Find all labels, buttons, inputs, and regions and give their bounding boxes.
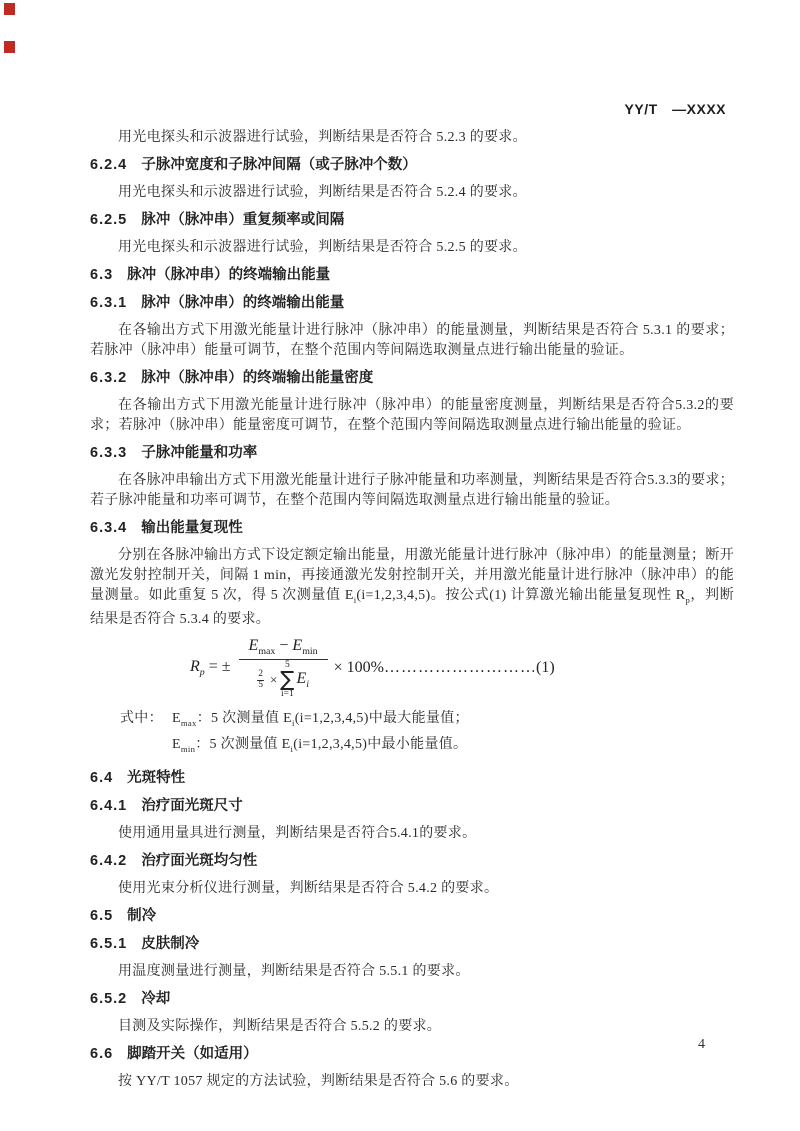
heading-6-4-2: 6.4.2治疗面光斑均匀性 xyxy=(90,851,734,871)
heading-number: 6.3.4 xyxy=(90,520,127,536)
definition-emin: Emin：5 次测量值 Ei(i=1,2,3,4,5)中最小能量值。 xyxy=(172,734,734,760)
heading-6-3: 6.3脉冲（脉冲串）的终端输出能量 xyxy=(90,265,734,285)
standard-code-header: YY/T —XXXX xyxy=(625,99,726,119)
heading-6-2-4: 6.2.4子脉冲宽度和子脉冲间隔（或子脉冲个数） xyxy=(90,155,734,175)
formula-fraction: Emax − Emin 2 5 × 5 ∑ i=1 Ei xyxy=(239,637,328,700)
para-5-4-1: 使用通用量具进行测量，判断结果是否符合5.4.1的要求。 xyxy=(90,824,734,844)
heading-title: 脉冲（脉冲串）重复频率或间隔 xyxy=(141,212,344,228)
heading-title: 子脉冲能量和功率 xyxy=(141,445,257,461)
para-5-4-2: 使用光束分析仪进行测量，判断结果是否符合 5.4.2 的要求。 xyxy=(90,879,734,899)
formula-energy-reproducibility: Rp = ± Emax − Emin 2 5 × 5 ∑ i=1 Ei xyxy=(190,637,734,700)
heading-title: 脚踏开关（如适用） xyxy=(127,1046,258,1062)
heading-number: 6.5.1 xyxy=(90,936,127,952)
where-definitions: Emax：5 次测量值 Ei(i=1,2,3,4,5)中最大能量值； Emin：… xyxy=(172,708,734,760)
para-5-3-4: 分别在各脉冲输出方式下设定额定输出能量，用激光能量计进行脉冲（脉冲串）的能量测量… xyxy=(90,546,734,630)
dot-leaders: ……………………………… xyxy=(384,659,534,677)
summation-symbol: 5 ∑ i=1 xyxy=(280,661,294,700)
formula-denominator: 2 5 × 5 ∑ i=1 Ei xyxy=(257,660,309,700)
sigma-argument: Ei xyxy=(296,670,309,690)
para-5-2-3: 用光电探头和示波器进行试验，判断结果是否符合 5.2.3 的要求。 xyxy=(90,128,734,148)
document-body: 用光电探头和示波器进行试验，判断结果是否符合 5.2.3 的要求。 6.2.4子… xyxy=(90,128,734,1099)
formula-rhs: × 100% xyxy=(334,659,384,677)
para-5-6: 按 YY/T 1057 规定的方法试验，判断结果是否符合 5.6 的要求。 xyxy=(90,1072,734,1092)
para-5-5-2: 目测及实际操作，判断结果是否符合 5.5.2 的要求。 xyxy=(90,1017,734,1037)
heading-title: 子脉冲宽度和子脉冲间隔（或子脉冲个数） xyxy=(141,157,417,173)
para-5-2-4: 用光电探头和示波器进行试验，判断结果是否符合 5.2.4 的要求。 xyxy=(90,183,734,203)
heading-title: 输出能量复现性 xyxy=(141,520,243,536)
heading-number: 6.3.2 xyxy=(90,370,127,386)
red-corner-mark xyxy=(4,41,15,53)
sigma-glyph: ∑ xyxy=(280,670,294,690)
heading-number: 6.3.3 xyxy=(90,445,127,461)
document-page: YY/T —XXXX 用光电探头和示波器进行试验，判断结果是否符合 5.2.3 … xyxy=(0,0,800,1131)
heading-title: 脉冲（脉冲串）的终端输出能量 xyxy=(127,267,330,283)
page-number: 4 xyxy=(698,1037,705,1053)
heading-number: 6.4 xyxy=(90,770,113,786)
formula-where-clause: 式中： Emax：5 次测量值 Ei(i=1,2,3,4,5)中最大能量值； E… xyxy=(120,708,734,760)
definition-emax: Emax：5 次测量值 Ei(i=1,2,3,4,5)中最大能量值； xyxy=(172,708,734,734)
red-corner-mark xyxy=(4,3,15,15)
sigma-lower-limit: i=1 xyxy=(281,690,294,700)
heading-6-5: 6.5制冷 xyxy=(90,906,734,926)
heading-title: 光斑特性 xyxy=(127,770,185,786)
heading-number: 6.4.2 xyxy=(90,853,127,869)
heading-number: 6.5 xyxy=(90,908,113,924)
heading-6-2-5: 6.2.5脉冲（脉冲串）重复频率或间隔 xyxy=(90,210,734,230)
multiply-sign: × xyxy=(270,672,277,688)
heading-title: 脉冲（脉冲串）的终端输出能量密度 xyxy=(141,370,373,386)
heading-title: 冷却 xyxy=(141,991,170,1007)
heading-number: 6.5.2 xyxy=(90,991,127,1007)
para-5-3-1: 在各输出方式下用激光能量计进行脉冲（脉冲串）的能量测量，判断结果是否符合 5.3… xyxy=(90,321,734,361)
heading-number: 6.6 xyxy=(90,1046,113,1062)
para-5-3-2: 在各输出方式下用激光能量计进行脉冲（脉冲串）的能量密度测量，判断结果是否符合5.… xyxy=(90,396,734,436)
heading-title: 脉冲（脉冲串）的终端输出能量 xyxy=(141,295,344,311)
equation-number: (1) xyxy=(536,659,555,677)
heading-6-6: 6.6脚踏开关（如适用） xyxy=(90,1044,734,1064)
heading-6-3-1: 6.3.1脉冲（脉冲串）的终端输出能量 xyxy=(90,293,734,313)
heading-title: 制冷 xyxy=(127,908,156,924)
heading-title: 皮肤制冷 xyxy=(141,936,199,952)
heading-6-3-3: 6.3.3子脉冲能量和功率 xyxy=(90,443,734,463)
heading-number: 6.3 xyxy=(90,267,113,283)
coef-denominator: 5 xyxy=(258,681,263,691)
para-5-2-5: 用光电探头和示波器进行试验，判断结果是否符合 5.2.5 的要求。 xyxy=(90,238,734,258)
coefficient-fraction: 2 5 xyxy=(257,670,264,691)
heading-6-5-2: 6.5.2冷却 xyxy=(90,989,734,1009)
heading-6-3-4: 6.3.4输出能量复现性 xyxy=(90,518,734,538)
heading-6-4: 6.4光斑特性 xyxy=(90,768,734,788)
heading-number: 6.2.4 xyxy=(90,157,127,173)
heading-number: 6.3.1 xyxy=(90,295,127,311)
heading-title: 治疗面光斑均匀性 xyxy=(141,853,257,869)
heading-number: 6.4.1 xyxy=(90,798,127,814)
heading-6-5-1: 6.5.1皮肤制冷 xyxy=(90,934,734,954)
heading-6-4-1: 6.4.1治疗面光斑尺寸 xyxy=(90,796,734,816)
formula-numerator: Emax − Emin xyxy=(239,637,328,660)
formula-lhs: Rp = ± xyxy=(190,658,231,678)
heading-6-3-2: 6.3.2脉冲（脉冲串）的终端输出能量密度 xyxy=(90,368,734,388)
where-label: 式中： xyxy=(120,708,172,760)
para-5-5-1: 用温度测量进行测量，判断结果是否符合 5.5.1 的要求。 xyxy=(90,962,734,982)
heading-title: 治疗面光斑尺寸 xyxy=(141,798,243,814)
para-5-3-3: 在各脉冲串输出方式下用激光能量计进行子脉冲能量和功率测量，判断结果是否符合5.3… xyxy=(90,471,734,511)
heading-number: 6.2.5 xyxy=(90,212,127,228)
